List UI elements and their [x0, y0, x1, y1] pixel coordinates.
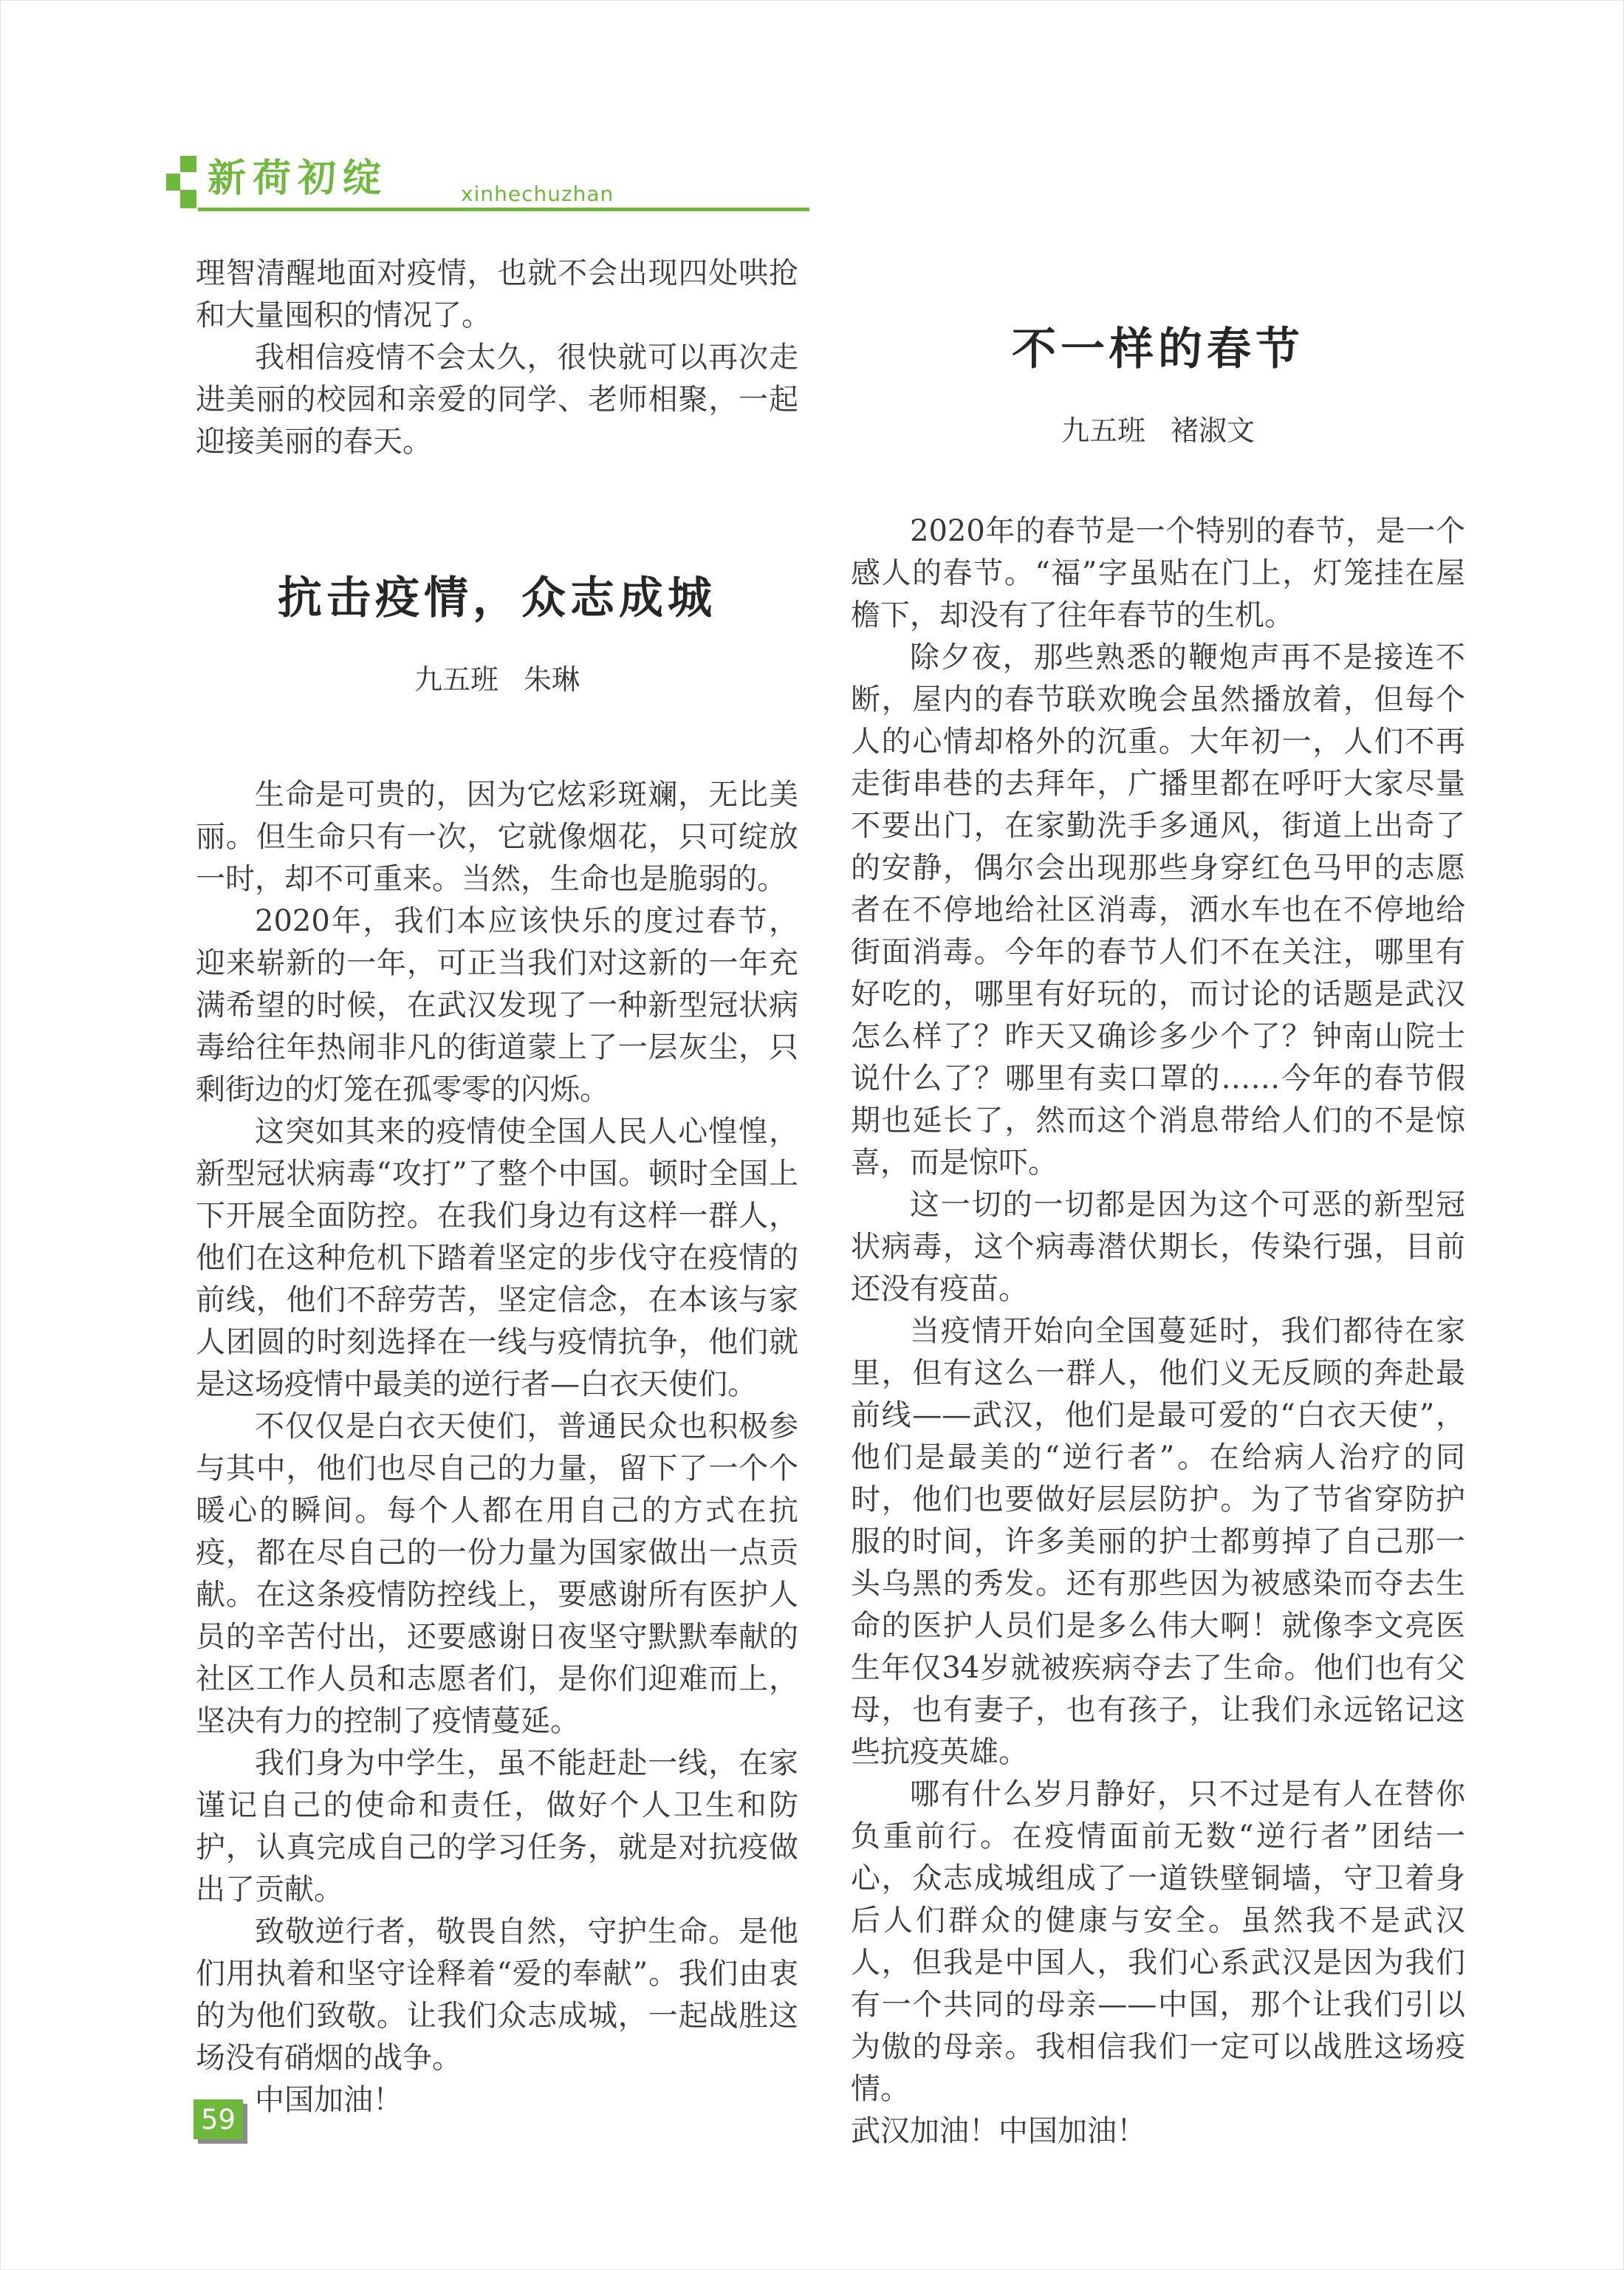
logo-square-icon: [166, 174, 180, 191]
paragraph: 中国加油！: [196, 2079, 798, 2122]
paragraph: 武汉加油！中国加油！: [851, 2110, 1465, 2153]
magazine-page: 新荷初绽 xinhechuzhan 理智清醒地面对疫情，也就不会出现四处哄抢和大…: [0, 0, 1624, 2270]
paragraph: 致敬逆行者，敬畏自然，守护生命。是他们用执着和坚守诠释着“爱的奉献”。我们由衷的…: [196, 1911, 798, 2079]
paragraph: 2020年，我们本应该快乐的度过春节，迎来崭新的一年，可正当我们对这新的一年充满…: [196, 900, 798, 1111]
paragraph: 2020年的春节是一个特别的春节，是一个感人的春节。“福”字虽贴在门上，灯笼挂在…: [851, 510, 1465, 637]
page-number-badge: 59: [193, 2099, 243, 2139]
paragraph: 哪有什么岁月静好，只不过是有人在替你负重前行。在疫情面前无数“逆行者”团结一心，…: [851, 1774, 1465, 2110]
paragraph: 这一切的一切都是因为这个可恶的新型冠状病毒，这个病毒潜伏期长，传染行强，目前还没…: [851, 1184, 1465, 1310]
continuation-paragraph: 我相信疫情不会太久，很快就可以再次走进美丽的校园和亲爱的同学、老师相聚，一起迎接…: [196, 337, 798, 463]
article-author-right: 九五班 褚淑文: [851, 414, 1465, 448]
paragraph: 这突如其来的疫情使全国人民人心惶惶，新型冠状病毒“攻打”了整个中国。顿时全国上下…: [196, 1111, 798, 1406]
paragraph: 生命是可贵的，因为它炫彩斑斓，无比美丽。但生命只有一次，它就像烟花，只可绽放一时…: [196, 774, 798, 900]
logo-square-icon: [180, 156, 196, 172]
paragraph: 当疫情开始向全国蔓延时，我们都待在家里，但有这么一群人，他们义无反顾的奔赴最前线…: [851, 1310, 1465, 1774]
brand-title: 新荷初绽: [208, 158, 388, 200]
paragraph: 我们身为中学生，虽不能赶赴一线，在家谨记自己的使命和责任，做好个人卫生和防护，认…: [196, 1743, 798, 1911]
article-title-right: 不一样的春节: [851, 324, 1465, 375]
right-column: 不一样的春节 九五班 褚淑文 2020年的春节是一个特别的春节，是一个感人的春节…: [851, 253, 1465, 2153]
header-divider: [198, 208, 809, 211]
article-author-left: 九五班 朱琳: [196, 663, 798, 697]
brand-subtitle: xinhechuzhan: [461, 182, 614, 206]
article-title-left: 抗击疫情，众志成城: [196, 572, 798, 624]
continuation-paragraph: 理智清醒地面对疫情，也就不会出现四处哄抢和大量囤积的情况了。: [196, 253, 798, 337]
brand-logo-squares-icon: [166, 156, 196, 209]
paragraph: 除夕夜，那些熟悉的鞭炮声再不是接连不断，屋内的春节联欢晚会虽然播放着，但每个人的…: [851, 637, 1465, 1184]
left-column: 理智清醒地面对疫情，也就不会出现四处哄抢和大量囤积的情况了。 我相信疫情不会太久…: [196, 253, 798, 2122]
logo-square-icon: [180, 190, 196, 208]
page-number: 59: [201, 2104, 236, 2136]
paragraph: 不仅仅是白衣天使们，普通民众也积极参与其中，他们也尽自己的力量，留下了一个个暖心…: [196, 1406, 798, 1743]
